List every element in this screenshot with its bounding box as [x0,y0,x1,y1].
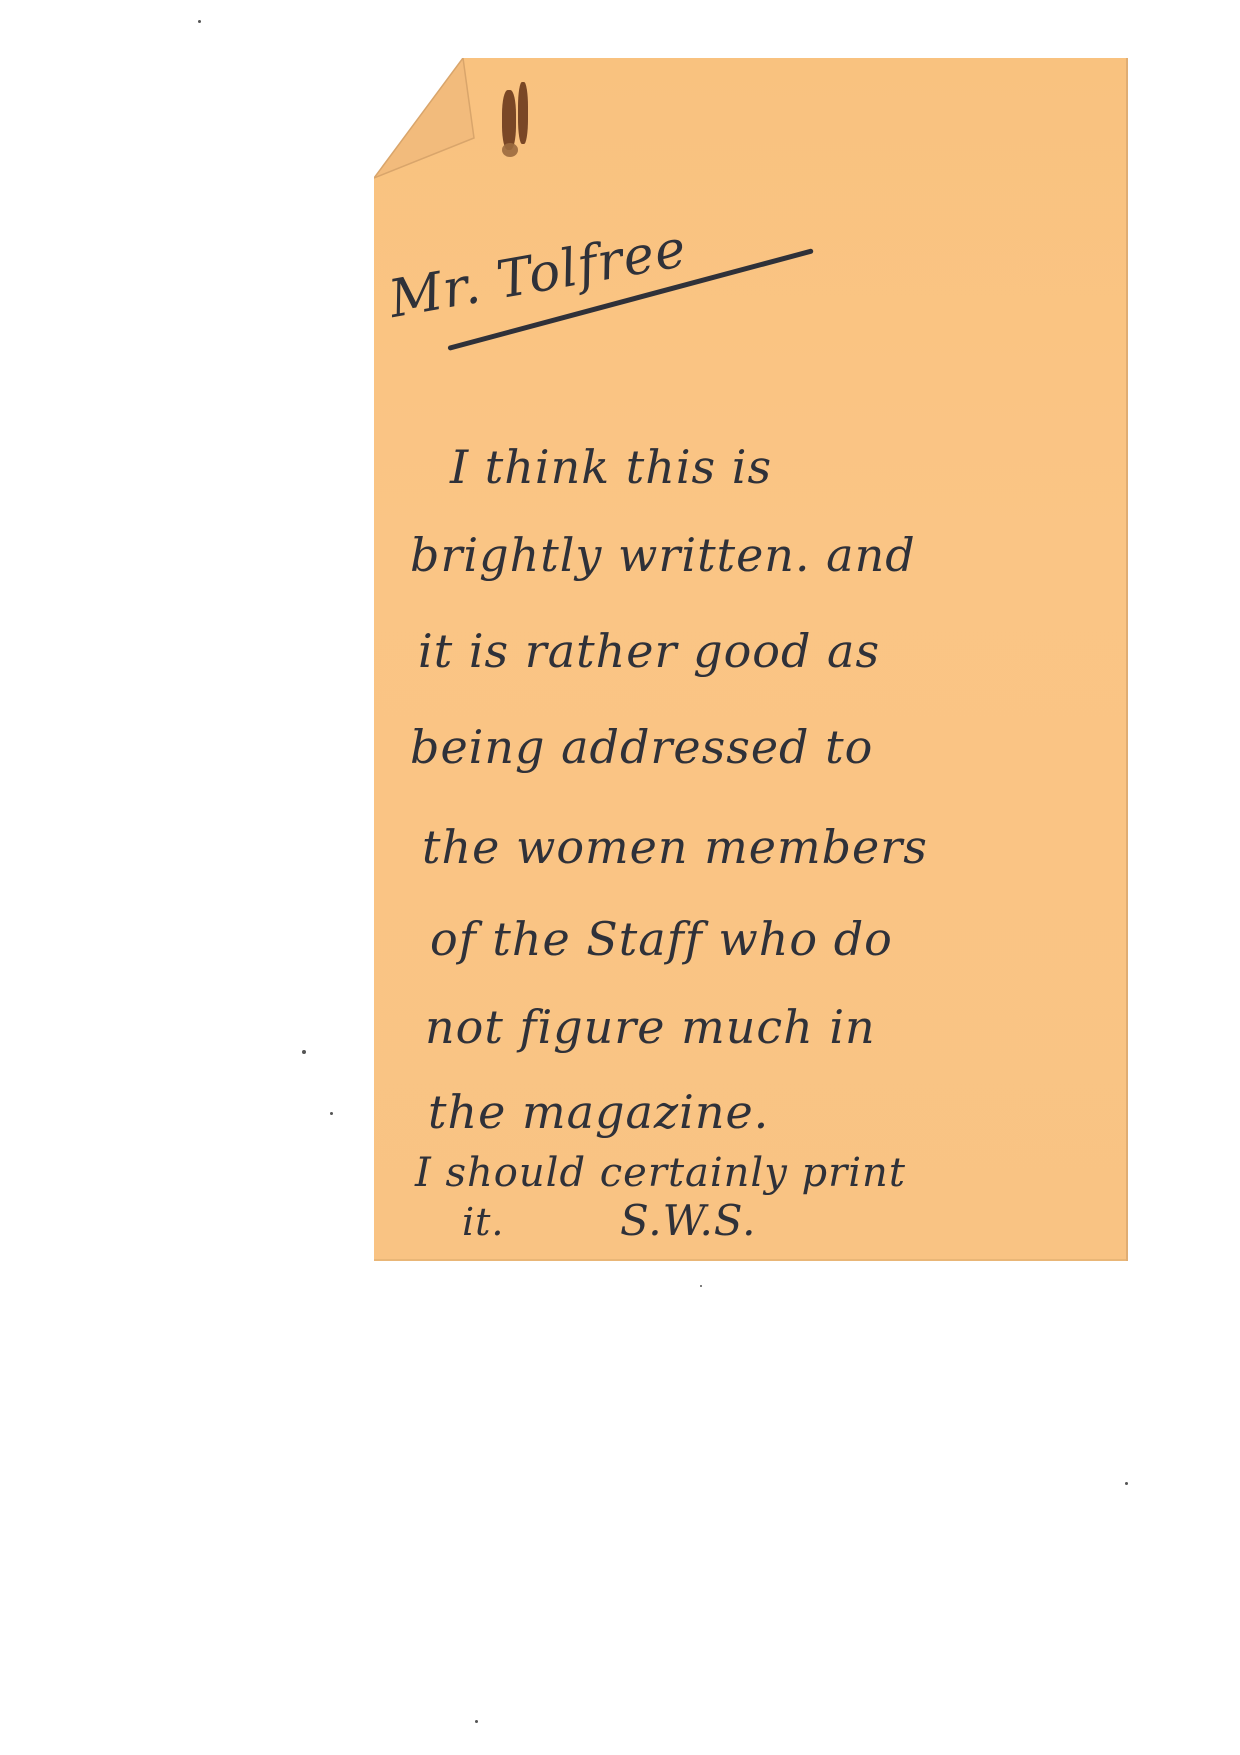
scan-speck [198,20,201,23]
body-line: it is rather good as [418,624,880,678]
body-line: the women members [422,820,928,874]
body-line: I should certainly print [415,1150,906,1196]
body-line: brightly written. and [410,528,916,582]
body-line: being addressed to [410,720,873,774]
body-line: of the Staff who do [430,912,893,966]
staple-stain [502,90,516,150]
body-line: the magazine. [428,1085,769,1139]
scan-speck [700,1285,702,1287]
rust-spot [502,143,518,157]
body-line: not figure much in [425,1000,876,1054]
signature: S.W.S. [620,1196,756,1245]
scan-speck [302,1050,306,1054]
body-line: it. [462,1200,505,1244]
scan-speck [1125,1482,1128,1485]
scan-speck [330,1112,333,1115]
scan-speck [475,1720,478,1723]
staple-stain [518,82,528,144]
body-line: I think this is [450,440,772,494]
